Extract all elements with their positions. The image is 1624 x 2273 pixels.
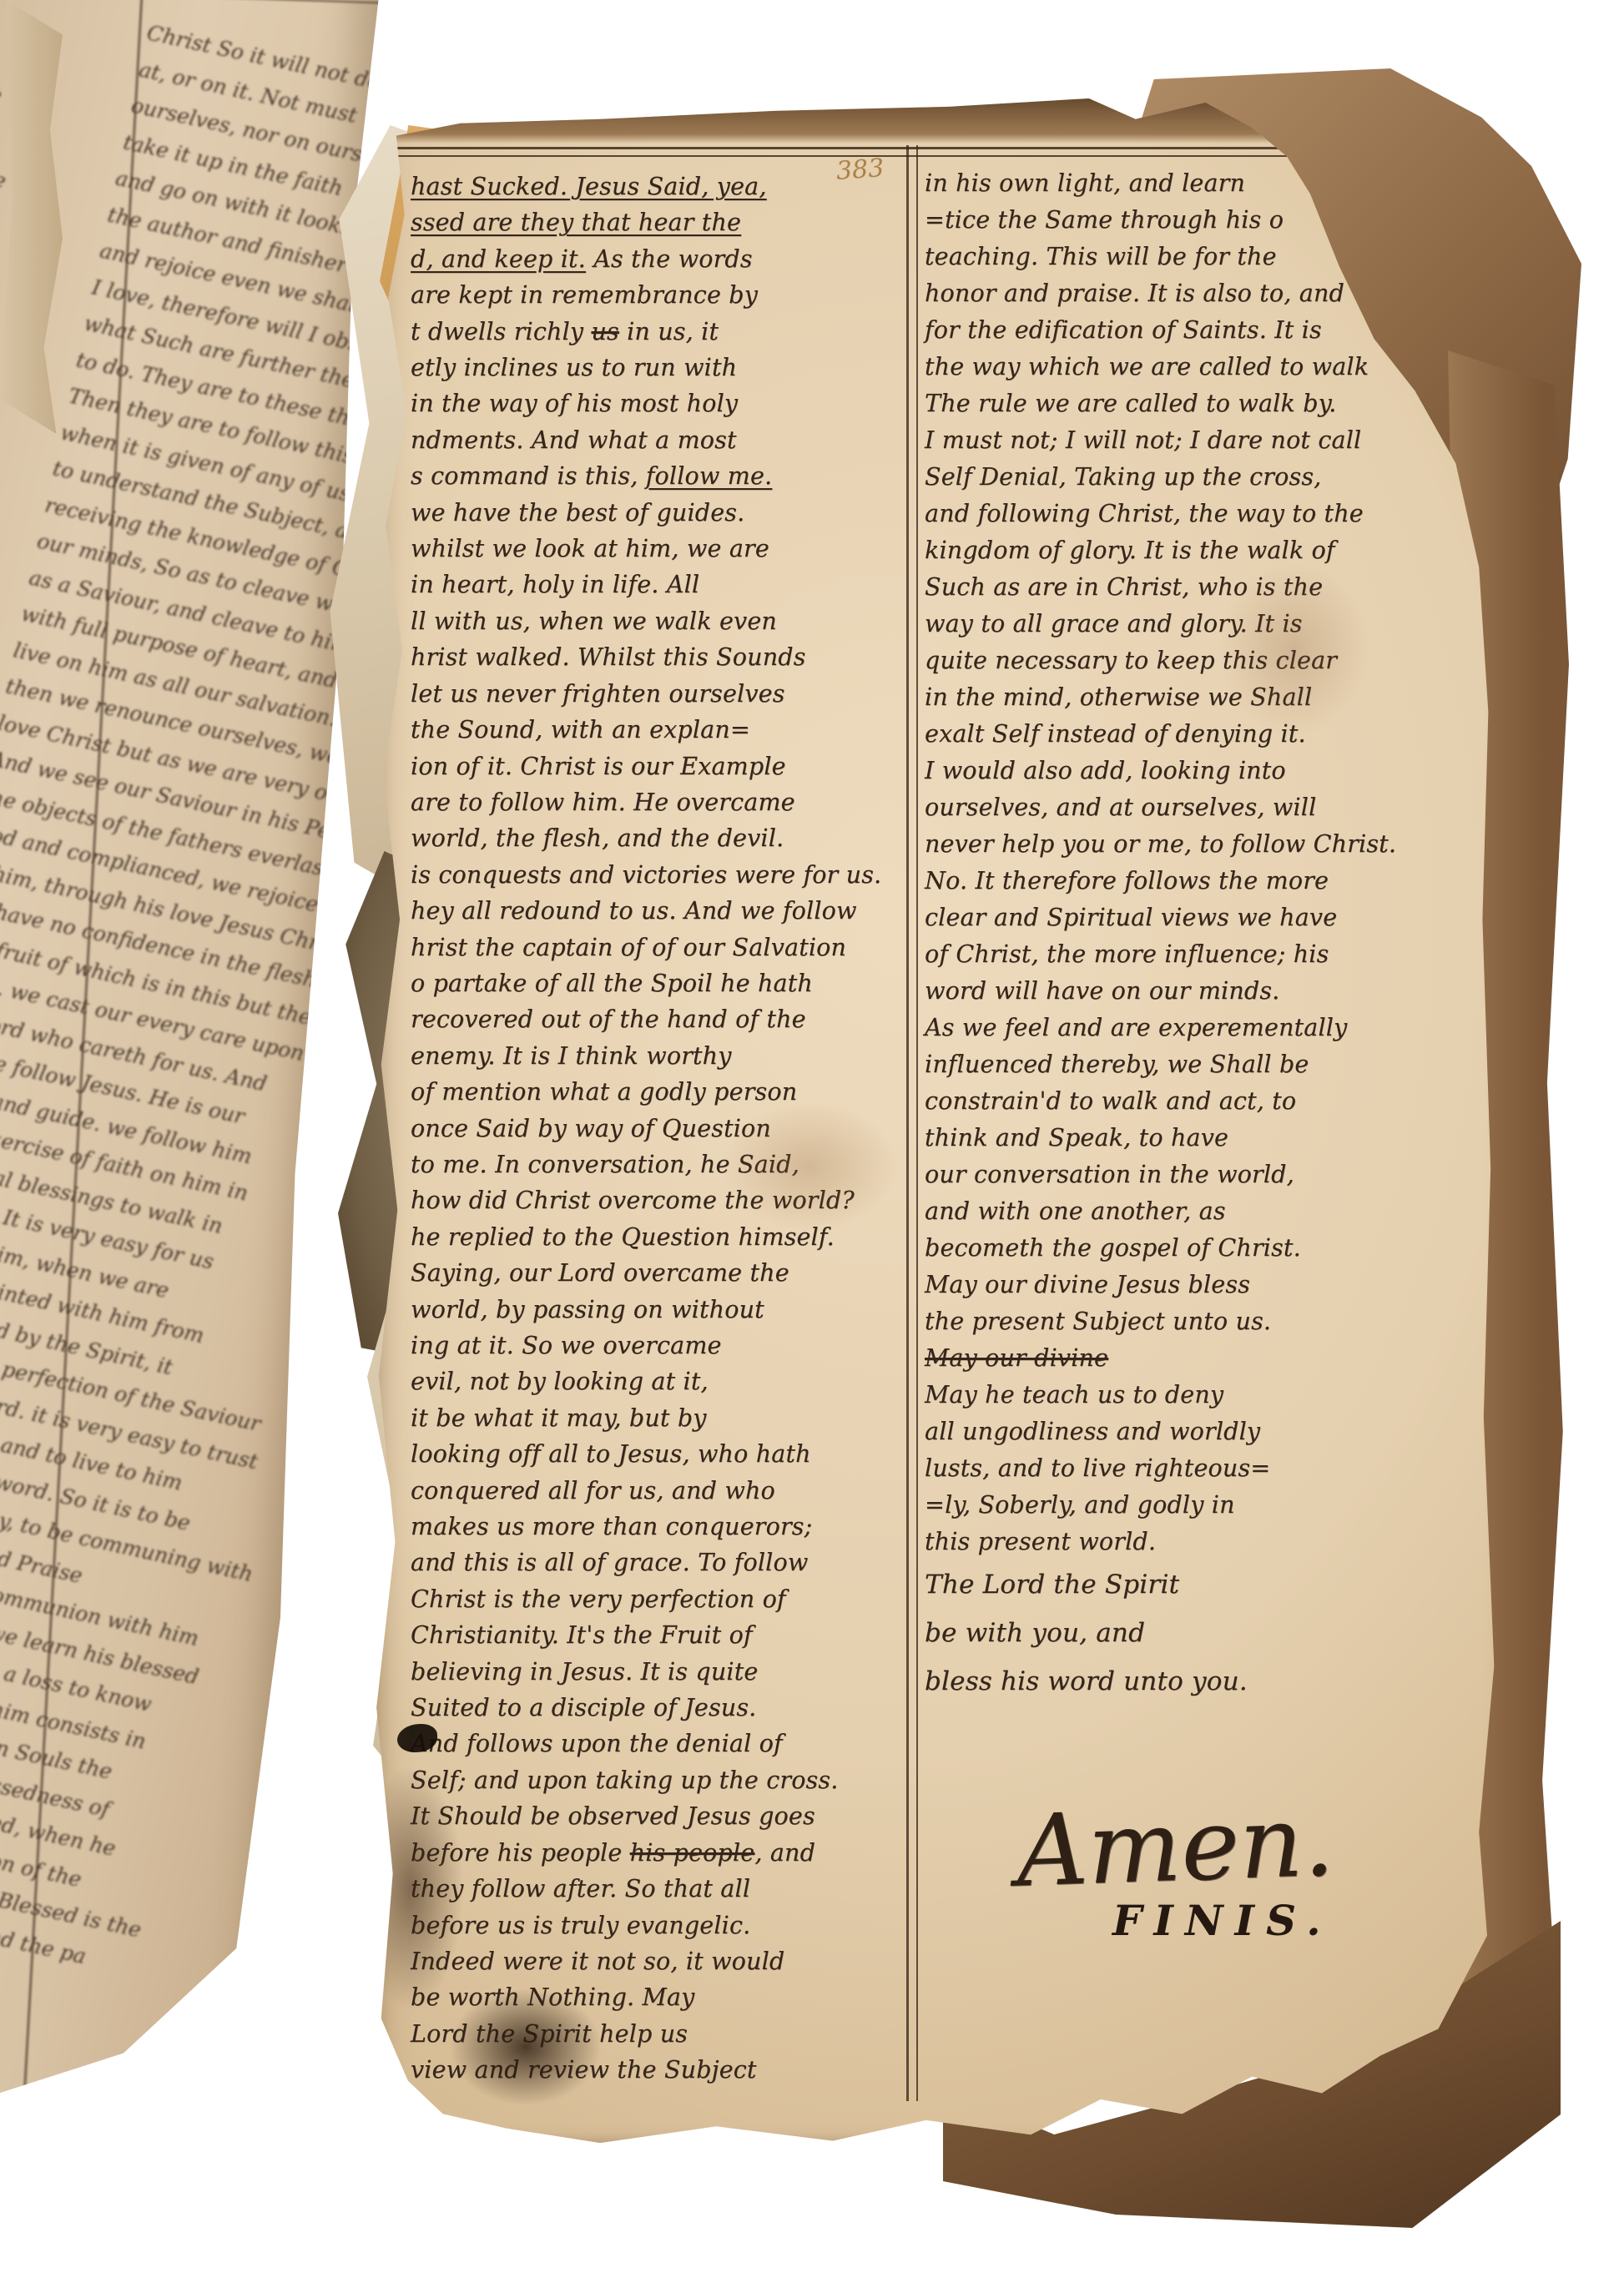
manuscript-line: ion of it. Christ is our Example <box>411 748 901 784</box>
manuscript-line: ndments. And what a most <box>411 422 901 458</box>
manuscript-line: It Should be observed Jesus goes <box>411 1798 901 1834</box>
manuscript-line: whilst we look at him, we are <box>411 531 901 567</box>
manuscript-line: let us never frighten ourselves <box>411 676 901 712</box>
manuscript-line: world, the flesh, and the devil. <box>411 820 901 856</box>
manuscript-line: this present world. <box>925 1524 1475 1560</box>
manuscript-line: hrist walked. Whilst this Sounds <box>411 639 901 675</box>
manuscript-line: in the way of his most holy <box>411 386 901 421</box>
manuscript-line: be with you, and <box>925 1609 1475 1657</box>
manuscript-line: believing in Jesus. It is quite <box>411 1654 901 1690</box>
manuscript-line: lusts, and to live righteous= <box>925 1450 1475 1487</box>
manuscript-line: of mention what a godly person <box>411 1074 901 1110</box>
manuscript-line: influenced thereby, we Shall be <box>925 1046 1475 1083</box>
left-page: of themises, and prerenounce allon in co… <box>0 0 384 2172</box>
manuscript-line: s command is this, follow me. <box>411 458 901 494</box>
manuscript-line: world, by passing on without <box>411 1292 901 1328</box>
manuscript-line: it be what it may, but by <box>411 1400 901 1436</box>
manuscript-line: Christianity. It's the Fruit of <box>411 1617 901 1653</box>
manuscript-line: kingdom of glory. It is the walk of <box>925 532 1475 569</box>
manuscript-line: they follow after. So that all <box>411 1871 901 1907</box>
manuscript-line: word will have on our minds. <box>925 973 1475 1010</box>
manuscript-line: never help you or me, to follow Christ. <box>925 826 1475 863</box>
manuscript-line: is conquests and victories were for us. <box>411 857 901 893</box>
column-divider-rule <box>906 145 918 2101</box>
right-column-body: in his own light, and learn=tice the Sam… <box>925 165 1475 1560</box>
manuscript-line: t dwells richly us in us, it <box>411 314 901 350</box>
manuscript-line: clear and Spiritual views we have <box>925 900 1475 936</box>
amen-text: Amen. <box>1015 1777 1477 1908</box>
manuscript-line: constrain'd to walk and act, to <box>925 1083 1475 1120</box>
left-text-column: hast Sucked. Jesus Said, yea,ssed are th… <box>411 169 901 2089</box>
left-page-column-2: Christ So it will not do toat, or on it.… <box>0 15 384 1955</box>
manuscript-line: be worth Nothing. May <box>411 1979 901 2015</box>
manuscript-line: quite necessary to keep this clear <box>925 643 1475 679</box>
manuscript-line: hey all redound to us. And we follow <box>411 893 901 929</box>
closing-benediction: The Lord the Spiritbe with you, andbless… <box>925 1560 1475 1706</box>
manuscript-line: ssed are they that hear the <box>411 204 901 240</box>
manuscript-line: May our divine Jesus bless <box>925 1267 1475 1303</box>
manuscript-page: 383 hast Sucked. Jesus Said, yea,ssed ar… <box>367 90 1531 2164</box>
manuscript-line: hast Sucked. Jesus Said, yea, <box>411 169 901 204</box>
manuscript-line: think and Speak, to have <box>925 1120 1475 1157</box>
manuscript-line: are to follow him. He overcame <box>411 784 901 820</box>
manuscript-line: ourselves, and at ourselves, will <box>925 789 1475 826</box>
manuscript-photograph: of themises, and prerenounce allon in co… <box>0 0 1624 2273</box>
manuscript-line: The Lord the Spirit <box>925 1560 1475 1609</box>
manuscript-line: we have the best of guides. <box>411 495 901 531</box>
manuscript-line: d, and keep it. As the words <box>411 241 901 277</box>
manuscript-line: Suited to a disciple of Jesus. <box>411 1690 901 1726</box>
manuscript-line: of Christ, the more influence; his <box>925 936 1475 973</box>
manuscript-line: ing at it. So we overcame <box>411 1328 901 1363</box>
manuscript-line: recovered out of the hand of the <box>411 1001 901 1037</box>
manuscript-line: Indeed were it not so, it would <box>411 1943 901 1979</box>
right-text-column: in his own light, and learn=tice the Sam… <box>925 165 1475 1945</box>
manuscript-line: No. It therefore follows the more <box>925 863 1475 900</box>
manuscript-line: looking off all to Jesus, who hath <box>411 1436 901 1472</box>
manuscript-line: Saying, our Lord overcame the <box>411 1255 901 1291</box>
manuscript-line: becometh the gospel of Christ. <box>925 1230 1475 1267</box>
manuscript-line: in heart, holy in life. All <box>411 567 901 602</box>
manuscript-line: etly inclines us to run with <box>411 350 901 386</box>
manuscript-line: o partake of all the Spoil he hath <box>411 965 901 1001</box>
manuscript-line: Christ is the very perfection of <box>411 1581 901 1617</box>
left-page-top-rule <box>0 0 384 4</box>
manuscript-line: enemy. It is I think worthy <box>411 1038 901 1074</box>
manuscript-line: Lord the Spirit help us <box>411 2016 901 2052</box>
manuscript-line: are kept in remembrance by <box>411 277 901 313</box>
manuscript-line: in the mind, otherwise we Shall <box>925 679 1475 716</box>
manuscript-line: Self Denial, Taking up the cross, <box>925 459 1475 496</box>
manuscript-line: evil, not by looking at it, <box>411 1363 901 1399</box>
manuscript-line: conquered all for us, and who <box>411 1473 901 1509</box>
manuscript-line: and following Christ, the way to the <box>925 496 1475 532</box>
manuscript-line: before his people his people, and <box>411 1835 901 1871</box>
manuscript-line: to me. In conversation, he Said, <box>411 1147 901 1182</box>
manuscript-line: view and review the Subject <box>411 2052 901 2088</box>
manuscript-line: he replied to the Question himself. <box>411 1219 901 1255</box>
manuscript-line: May he teach us to deny <box>925 1377 1475 1414</box>
manuscript-line: bless his word unto you. <box>925 1657 1475 1706</box>
manuscript-line: May our divine <box>925 1340 1475 1377</box>
manuscript-line: way to all grace and glory. It is <box>925 606 1475 643</box>
manuscript-line: ll with us, when we walk even <box>411 603 901 639</box>
manuscript-line: and with one another, as <box>925 1193 1475 1230</box>
manuscript-line: The rule we are called to walk by. <box>925 386 1475 422</box>
manuscript-line: and this is all of grace. To follow <box>411 1545 901 1580</box>
manuscript-line: And follows upon the denial of <box>411 1726 901 1761</box>
manuscript-line: how did Christ overcome the world? <box>411 1182 901 1218</box>
manuscript-line: once Said by way of Question <box>411 1111 901 1147</box>
manuscript-line: the Sound, with an explan= <box>411 712 901 748</box>
manuscript-line: Such as are in Christ, who is the <box>925 569 1475 606</box>
manuscript-line: Self; and upon taking up the cross. <box>411 1762 901 1798</box>
manuscript-line: before us is truly evangelic. <box>411 1908 901 1943</box>
manuscript-line: the present Subject unto us. <box>925 1303 1475 1340</box>
manuscript-line: exalt Self instead of denying it. <box>925 716 1475 753</box>
manuscript-line: As we feel and are experementally <box>925 1010 1475 1046</box>
manuscript-line: makes us more than conquerors; <box>411 1509 901 1545</box>
manuscript-line: all ungodliness and worldly <box>925 1414 1475 1450</box>
manuscript-line: hrist the captain of of our Salvation <box>411 930 901 965</box>
manuscript-line: I would also add, looking into <box>925 753 1475 789</box>
manuscript-line: =ly, Soberly, and godly in <box>925 1487 1475 1524</box>
manuscript-line: I must not; I will not; I dare not call <box>925 422 1475 459</box>
manuscript-line: our conversation in the world, <box>925 1157 1475 1193</box>
